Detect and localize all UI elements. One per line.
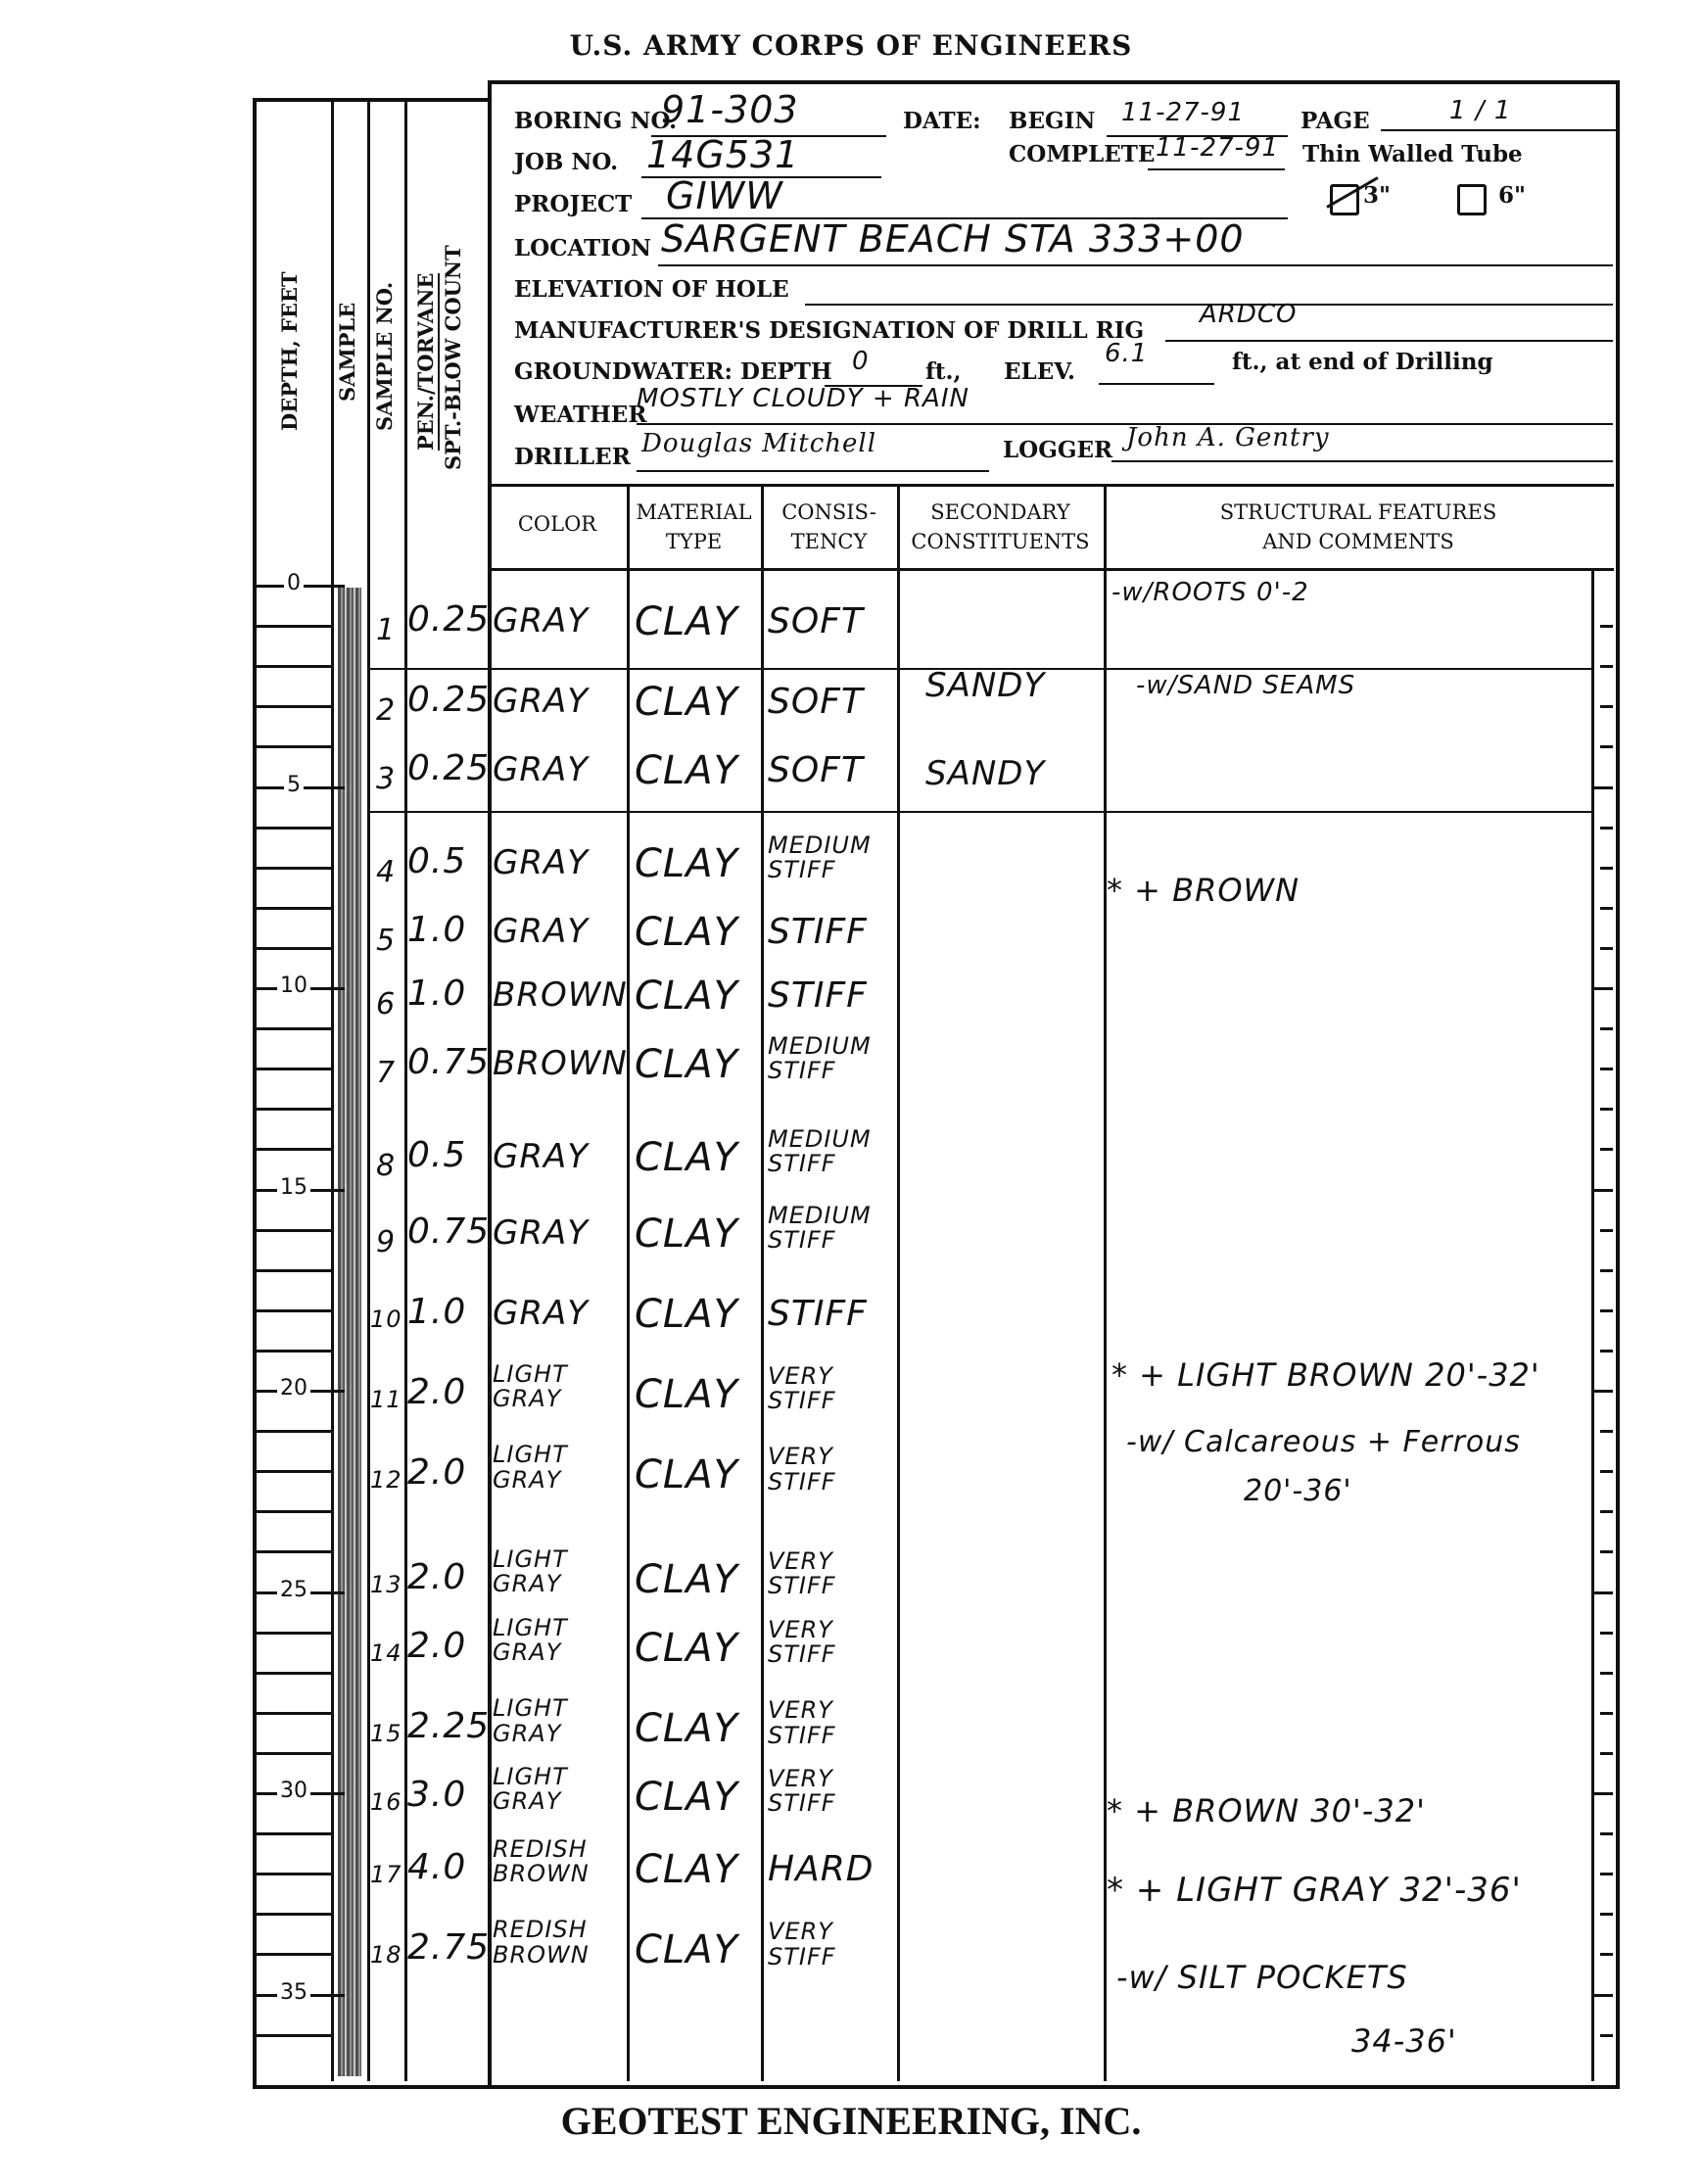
right-tick	[1600, 1550, 1613, 1553]
right-tick	[1600, 1873, 1613, 1875]
material-header-line2: TYPE	[627, 527, 761, 556]
depth-tick	[257, 705, 331, 708]
depth-label: 25	[277, 1578, 310, 1602]
material-value: CLAY	[635, 1626, 738, 1671]
underline	[1111, 460, 1613, 462]
complete-label: COMPLETE	[1009, 141, 1155, 167]
color-value: BROWN	[493, 975, 628, 1015]
material-value: CLAY	[635, 1452, 738, 1497]
consistency-value: VERY STIFF	[768, 1698, 895, 1747]
sample-number: 6	[376, 987, 396, 1021]
comment-calcareous-ferrous: -w/ Calcareous + Ferrous	[1126, 1425, 1521, 1459]
consistency-value: VERY STIFF	[768, 1549, 895, 1598]
right-tick	[1600, 1752, 1613, 1755]
divider	[367, 98, 370, 2081]
right-tick	[1593, 786, 1613, 789]
divider	[761, 484, 764, 2081]
depth-tick	[257, 1027, 331, 1030]
tube-label: Thin Walled Tube	[1302, 141, 1523, 167]
right-tick	[1600, 907, 1613, 910]
page-value: 1 / 1	[1449, 96, 1511, 125]
consistency-value: STIFF	[768, 912, 868, 952]
right-tick	[1600, 1350, 1613, 1353]
job-no-label: JOB NO.	[514, 149, 618, 175]
drill-rig-label: MANUFACTURER'S DESIGNATION OF DRILL RIG	[514, 317, 1144, 344]
divider	[488, 568, 1614, 571]
structural-column-header: STRUCTURAL FEATURESAND COMMENTS	[1104, 498, 1613, 556]
driller-value: Douglas Mitchell	[641, 429, 876, 458]
material-value: CLAY	[635, 841, 738, 886]
right-tick	[1600, 1068, 1613, 1070]
date-label: DATE:	[903, 108, 981, 134]
divider	[331, 98, 334, 2081]
depth-column-header: DEPTH, FEET	[277, 271, 302, 431]
driller-label: DRILLER	[514, 444, 631, 470]
consistency-value: HARD	[768, 1849, 874, 1889]
consistency-header-line1: CONSIS-	[761, 498, 897, 527]
end-of-drilling-label: ft., at end of Drilling	[1232, 349, 1493, 375]
pen-value: 0.25	[407, 748, 490, 788]
right-tick	[1600, 1832, 1613, 1835]
depth-label: 30	[277, 1779, 310, 1803]
sample-number: 1	[376, 613, 396, 647]
boring-no-label: BORING NO.	[514, 108, 677, 134]
depth-tick	[257, 625, 331, 628]
material-value: CLAY	[635, 1927, 738, 1972]
underline	[637, 470, 989, 472]
project-value: GIWW	[666, 174, 783, 217]
pen-value: 2.0	[407, 1557, 466, 1597]
sample-number: 15	[370, 1720, 402, 1747]
pen-value: 2.75	[407, 1927, 490, 1968]
pen-value: 0.5	[407, 841, 466, 881]
sample-number: 16	[370, 1788, 402, 1816]
sample-column-header: SAMPLE	[335, 303, 359, 402]
depth-tick	[257, 1269, 331, 1272]
right-tick	[1600, 1712, 1613, 1715]
underline	[1148, 168, 1285, 170]
depth-tick	[257, 1672, 331, 1675]
consistency-value: MEDIUM STIFF	[768, 1127, 895, 1176]
depth-tick	[257, 1350, 331, 1353]
depth-tick	[257, 1632, 331, 1635]
divider	[627, 484, 630, 2081]
consistency-value: MEDIUM STIFF	[768, 833, 895, 882]
complete-date-value: 11-27-91	[1156, 133, 1279, 163]
color-header-text: COLOR	[518, 512, 596, 536]
right-tick	[1600, 1953, 1613, 1956]
pen-value: 1.0	[407, 1292, 466, 1332]
right-tick	[1600, 745, 1613, 748]
depth-tick	[257, 827, 331, 830]
right-tick	[1600, 2034, 1613, 2037]
job-no-value: 14G531	[646, 133, 799, 176]
right-tick	[1593, 987, 1613, 990]
sample-number: 18	[370, 1941, 402, 1969]
consistency-value: VERY STIFF	[768, 1767, 895, 1816]
location-label: LOCATION	[514, 235, 651, 261]
right-tick	[1600, 705, 1613, 708]
color-value: LIGHT GRAY	[493, 1547, 625, 1596]
sample-number: 5	[376, 924, 396, 958]
project-label: PROJECT	[514, 191, 632, 217]
pen-torvane-header: PEN./TORVANE	[413, 273, 440, 451]
material-value: CLAY	[635, 1706, 738, 1751]
pen-value: 2.25	[407, 1706, 490, 1746]
depth-tick	[257, 1752, 331, 1755]
comment-brown: * + BROWN	[1107, 872, 1300, 909]
pen-value: 2.0	[407, 1372, 466, 1412]
consistency-value: STIFF	[768, 975, 868, 1016]
consistency-value: MEDIUM STIFF	[768, 1034, 895, 1083]
material-value: CLAY	[635, 910, 738, 955]
right-tick	[1600, 1632, 1613, 1635]
depth-label: 5	[284, 773, 304, 797]
depth-label: 10	[277, 973, 310, 998]
material-value: CLAY	[635, 599, 738, 644]
depth-tick	[257, 947, 331, 950]
pen-value: 1.0	[407, 910, 466, 950]
color-value: LIGHT GRAY	[493, 1362, 625, 1411]
structural-header-line2: AND COMMENTS	[1104, 527, 1613, 556]
depth-tick	[257, 2034, 331, 2037]
secondary-sample-2: SANDY	[925, 666, 1045, 705]
depth-tick	[257, 1470, 331, 1473]
logger-value: John A. Gentry	[1126, 423, 1330, 452]
pen-value: 1.0	[407, 973, 466, 1014]
ft-label: ft.,	[925, 358, 962, 385]
depth-tick	[257, 1913, 331, 1916]
consistency-value: VERY STIFF	[768, 1618, 895, 1667]
depth-tick	[257, 1068, 331, 1070]
sample-number: 3	[376, 762, 396, 796]
right-tick	[1600, 867, 1613, 870]
sample-number: 9	[376, 1225, 396, 1259]
comment-sand-seams: -w/SAND SEAMS	[1136, 671, 1355, 700]
color-value: LIGHT GRAY	[493, 1443, 625, 1492]
depth-tick	[257, 1550, 331, 1553]
pen-value: 2.0	[407, 1626, 466, 1666]
right-tick	[1593, 1189, 1613, 1192]
depth-tick	[257, 1108, 331, 1111]
structural-header-line1: STRUCTURAL FEATURES	[1104, 498, 1613, 527]
comment-roots: -w/ROOTS 0'-2	[1111, 578, 1309, 607]
depth-tick	[257, 1873, 331, 1875]
right-tick	[1600, 947, 1613, 950]
right-tick	[1600, 665, 1613, 668]
color-value: REDISH BROWN	[493, 1837, 625, 1886]
material-value: CLAY	[635, 1775, 738, 1820]
consistency-value: VERY STIFF	[768, 1364, 895, 1413]
pen-value: 0.75	[407, 1042, 490, 1082]
drill-rig-value: ARDCO	[1200, 300, 1298, 329]
boring-no-value: 91-303	[661, 88, 799, 131]
secondary-header-line1: SECONDARY	[897, 498, 1104, 527]
right-tick	[1593, 1591, 1613, 1594]
consistency-value: SOFT	[768, 601, 864, 641]
secondary-sample-3: SANDY	[925, 754, 1045, 793]
weather-label: WEATHER	[514, 402, 646, 428]
material-column-header: MATERIALTYPE	[627, 498, 761, 556]
right-tick	[1600, 827, 1613, 830]
spt-blow-count-header: SPT.-BLOW COUNT	[441, 245, 465, 470]
depth-tick	[257, 665, 331, 668]
logger-label: LOGGER	[1003, 437, 1112, 463]
material-value: CLAY	[635, 1292, 738, 1337]
comment-light-gray-32-36: * + LIGHT GRAY 32'-36'	[1107, 1871, 1522, 1910]
organization-title: U.S. ARMY CORPS OF ENGINEERS	[0, 29, 1702, 62]
right-tick	[1593, 1792, 1613, 1795]
begin-date-value: 11-27-91	[1121, 98, 1245, 127]
underline	[637, 423, 1613, 425]
sample-number: 8	[376, 1149, 396, 1183]
groundwater-depth-value: 0	[852, 347, 870, 376]
depth-label: 35	[277, 1980, 310, 2005]
material-value: CLAY	[635, 1557, 738, 1602]
color-value: LIGHT GRAY	[493, 1616, 625, 1665]
right-tick	[1593, 1994, 1613, 1997]
material-value: CLAY	[635, 1847, 738, 1892]
divider	[488, 811, 899, 813]
depth-tick	[257, 1832, 331, 1835]
comment-light-brown: * + LIGHT BROWN 20'-32'	[1111, 1356, 1540, 1394]
underline	[1381, 129, 1616, 131]
material-value: CLAY	[635, 1372, 738, 1417]
right-tick	[1600, 1672, 1613, 1675]
consistency-header-line2: TENCY	[761, 527, 897, 556]
color-value: BROWN	[493, 1044, 628, 1083]
sample-number: 12	[370, 1466, 402, 1494]
depth-tick	[257, 1430, 331, 1433]
groundwater-elev-value: 6.1	[1105, 339, 1148, 368]
color-value: LIGHT GRAY	[493, 1765, 625, 1814]
pen-value: 0.75	[407, 1211, 490, 1252]
tube-3in-label: 3"	[1363, 182, 1391, 209]
material-value: CLAY	[635, 680, 738, 725]
pen-value: 0.25	[407, 680, 490, 720]
material-value: CLAY	[635, 973, 738, 1019]
depth-label: 15	[277, 1175, 310, 1200]
depth-label: 0	[284, 571, 304, 595]
consistency-value: SOFT	[768, 682, 864, 722]
right-tick	[1600, 1430, 1613, 1433]
depth-tick	[257, 745, 331, 748]
pen-value: 0.5	[407, 1135, 466, 1175]
right-tick	[1593, 1390, 1613, 1393]
sample-number: 13	[370, 1571, 402, 1598]
sample-number: 17	[370, 1861, 402, 1888]
material-value: CLAY	[635, 1042, 738, 1087]
underline	[1099, 383, 1214, 385]
sample-number: 11	[370, 1386, 402, 1413]
comment-range-34-36: 34-36'	[1351, 2022, 1457, 2060]
comment-silt-pockets: -w/ SILT POCKETS	[1116, 1959, 1408, 1996]
secondary-header-line2: CONSTITUENTS	[897, 527, 1104, 556]
consistency-column-header: CONSIS-TENCY	[761, 498, 897, 556]
color-value: LIGHT GRAY	[493, 1696, 625, 1745]
consistency-value: VERY STIFF	[768, 1445, 895, 1494]
color-value: GRAY	[493, 1213, 589, 1253]
sample-number: 2	[376, 693, 396, 728]
consistency-value: MEDIUM STIFF	[768, 1204, 895, 1253]
material-value: CLAY	[635, 1135, 738, 1180]
divider	[1591, 571, 1594, 2081]
right-tick	[1600, 1027, 1613, 1030]
color-value: GRAY	[493, 912, 589, 951]
color-value: GRAY	[493, 1294, 589, 1333]
sample-no-column-header: SAMPLE NO.	[372, 282, 397, 431]
underline	[658, 264, 1613, 266]
divider	[488, 484, 1614, 487]
depth-tick	[257, 1510, 331, 1513]
weather-value: MOSTLY CLOUDY + RAIN	[637, 384, 969, 413]
divider	[897, 484, 900, 2081]
color-value: REDISH BROWN	[493, 1918, 625, 1967]
sample-number: 10	[370, 1306, 402, 1333]
color-column-header: COLOR	[488, 509, 627, 539]
sample-number: 4	[376, 855, 396, 889]
location-value: SARGENT BEACH STA 333+00	[661, 217, 1245, 261]
right-tick	[1600, 1510, 1613, 1513]
pen-value: 0.25	[407, 599, 490, 640]
depth-tick	[257, 1148, 331, 1151]
sample-number: 14	[370, 1639, 402, 1667]
secondary-column-header: SECONDARYCONSTITUENTS	[897, 498, 1104, 556]
elevation-label: ELEVATION OF HOLE	[514, 276, 789, 303]
right-tick	[1600, 1229, 1613, 1232]
color-value: GRAY	[493, 1137, 589, 1176]
color-value: GRAY	[493, 843, 589, 882]
page-label: PAGE	[1300, 108, 1370, 134]
tube-6in-checkbox[interactable]	[1457, 184, 1487, 215]
begin-label: BEGIN	[1009, 108, 1095, 134]
right-tick	[1600, 1148, 1613, 1151]
divider	[1104, 484, 1107, 2081]
consistency-value: VERY STIFF	[768, 1920, 895, 1969]
consistency-value: SOFT	[768, 750, 864, 790]
material-value: CLAY	[635, 1211, 738, 1257]
pen-value: 2.0	[407, 1452, 466, 1493]
comment-range-20-36: 20'-36'	[1244, 1474, 1352, 1508]
sample-core-graphic	[338, 588, 361, 2076]
material-header-line1: MATERIAL	[627, 498, 761, 527]
comment-brown-30-32: * + BROWN 30'-32'	[1107, 1792, 1426, 1829]
depth-tick	[257, 867, 331, 870]
right-tick	[1600, 1470, 1613, 1473]
depth-label: 20	[277, 1376, 310, 1401]
tube-6in-label: 6"	[1498, 182, 1526, 209]
depth-tick	[257, 1229, 331, 1232]
depth-tick	[257, 907, 331, 910]
right-tick	[1600, 1309, 1613, 1312]
right-tick	[1600, 1108, 1613, 1111]
underline	[1165, 340, 1613, 342]
color-value: GRAY	[493, 682, 589, 721]
consistency-value: STIFF	[768, 1294, 868, 1334]
pen-value: 3.0	[407, 1775, 466, 1815]
color-value: GRAY	[493, 601, 589, 641]
color-value: GRAY	[493, 750, 589, 789]
company-footer: GEOTEST ENGINEERING, INC.	[0, 2098, 1702, 2144]
sample-number: 7	[376, 1056, 396, 1090]
pen-value: 4.0	[407, 1847, 466, 1887]
right-tick	[1600, 1913, 1613, 1916]
depth-tick	[257, 1309, 331, 1312]
groundwater-label: GROUNDWATER: DEPTH	[514, 358, 832, 385]
right-tick	[1600, 625, 1613, 628]
depth-tick	[257, 1953, 331, 1956]
right-tick	[1600, 1269, 1613, 1272]
elev-label: ELEV.	[1004, 358, 1075, 385]
depth-tick	[257, 1712, 331, 1715]
material-value: CLAY	[635, 748, 738, 793]
